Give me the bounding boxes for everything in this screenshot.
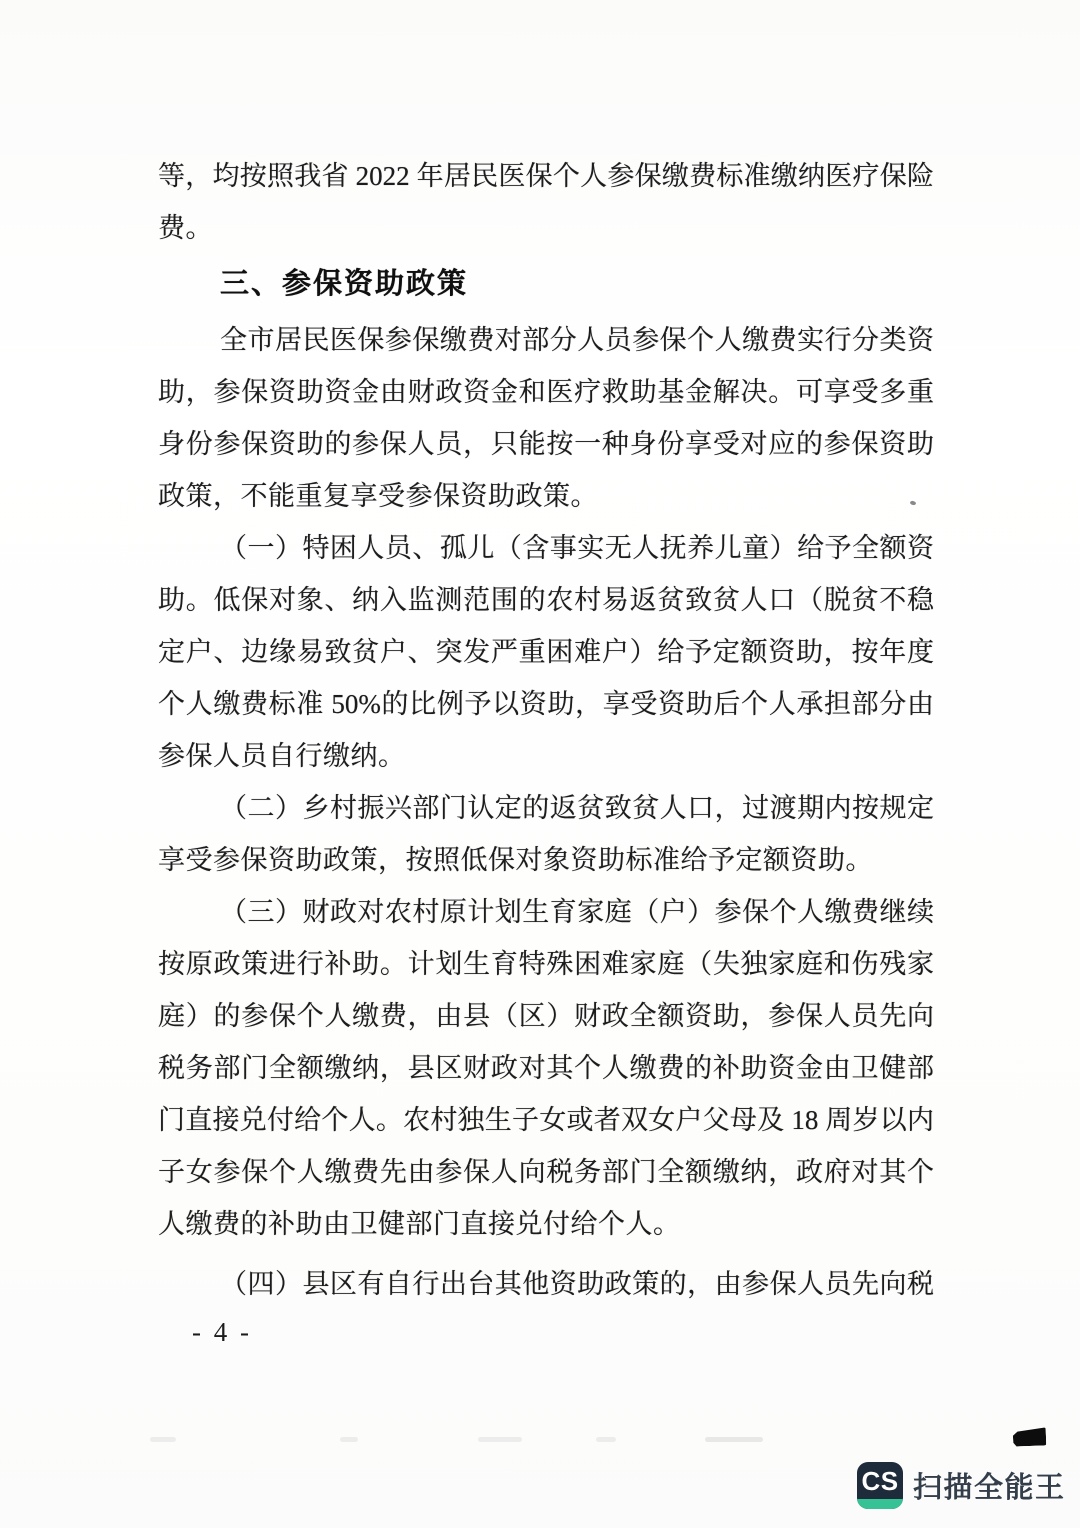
logo-initials: CS xyxy=(857,1463,903,1500)
doc-line: 人缴费的补助由卫健部门直接兑付给个人。 xyxy=(158,1198,934,1250)
doc-line: 等，均按照我省 2022 年居民医保个人参保缴费标准缴纳医疗保险 xyxy=(158,150,934,202)
doc-line: （二）乡村振兴部门认定的返贫致贫人口，过渡期内按规定 xyxy=(158,782,934,834)
doc-line: 个人缴费标准 50%的比例予以资助，享受资助后个人承担部分由 xyxy=(158,678,934,730)
camscanner-logo-icon: CS xyxy=(857,1462,903,1509)
doc-line: 助，参保资助资金由财政资金和医疗救助基金解决。可享受多重 xyxy=(158,366,934,418)
scan-smudge xyxy=(150,1437,176,1442)
doc-line: 税务部门全额缴纳，县区财政对其个人缴费的补助资金由卫健部 xyxy=(158,1042,934,1094)
scanned-document-page: 等，均按照我省 2022 年居民医保个人参保缴费标准缴纳医疗保险 费。 三、参保… xyxy=(0,0,1080,1528)
doc-line: 助。低保对象、纳入监测范围的农村易返贫致贫人口（脱贫不稳 xyxy=(158,574,934,626)
doc-line: 身份参保资助的参保人员，只能按一种身份享受对应的参保资助 xyxy=(158,418,934,470)
logo-accent-bar xyxy=(857,1499,903,1509)
doc-line: 享受参保资助政策，按照低保对象资助标准给予定额资助。 xyxy=(158,834,934,886)
scan-smudge xyxy=(478,1437,522,1442)
doc-line: 费。 xyxy=(158,202,934,254)
doc-line: 庭）的参保个人缴费，由县（区）财政全额资助，参保人员先向 xyxy=(158,990,934,1042)
doc-line: 按原政策进行补助。计划生育特殊困难家庭（失独家庭和伤残家 xyxy=(158,938,934,990)
ink-blot-mark xyxy=(1013,1427,1047,1446)
doc-line: 定户、边缘易致贫户、突发严重困难户）给予定额资助，按年度 xyxy=(158,626,934,678)
scan-smudge xyxy=(340,1437,358,1442)
doc-line: （四）县区有自行出台其他资助政策的，由参保人员先向税 xyxy=(158,1258,934,1310)
doc-line: 子女参保个人缴费先由参保人向税务部门全额缴纳，政府对其个 xyxy=(158,1146,934,1198)
page-number: - 4 - xyxy=(192,1312,252,1352)
scan-smudge xyxy=(596,1437,616,1442)
doc-line: 政策，不能重复享受参保资助政策。 xyxy=(158,470,934,522)
doc-line: 参保人员自行缴纳。 xyxy=(158,730,934,782)
doc-line: （一）特困人员、孤儿（含事实无人抚养儿童）给予全额资 xyxy=(158,522,934,574)
doc-line: （三）财政对农村原计划生育家庭（户）参保个人缴费继续 xyxy=(158,886,934,938)
doc-line: 全市居民医保参保缴费对部分人员参保个人缴费实行分类资 xyxy=(158,314,934,366)
section-heading: 三、参保资助政策 xyxy=(158,258,934,310)
doc-line: 门直接兑付给个人。农村独生子女或者双女户父母及 18 周岁以内 xyxy=(158,1094,934,1146)
camscanner-watermark: CS 扫描全能王 xyxy=(857,1462,1066,1509)
camscanner-app-name: 扫描全能王 xyxy=(913,1465,1066,1506)
scan-smudge xyxy=(705,1437,763,1442)
